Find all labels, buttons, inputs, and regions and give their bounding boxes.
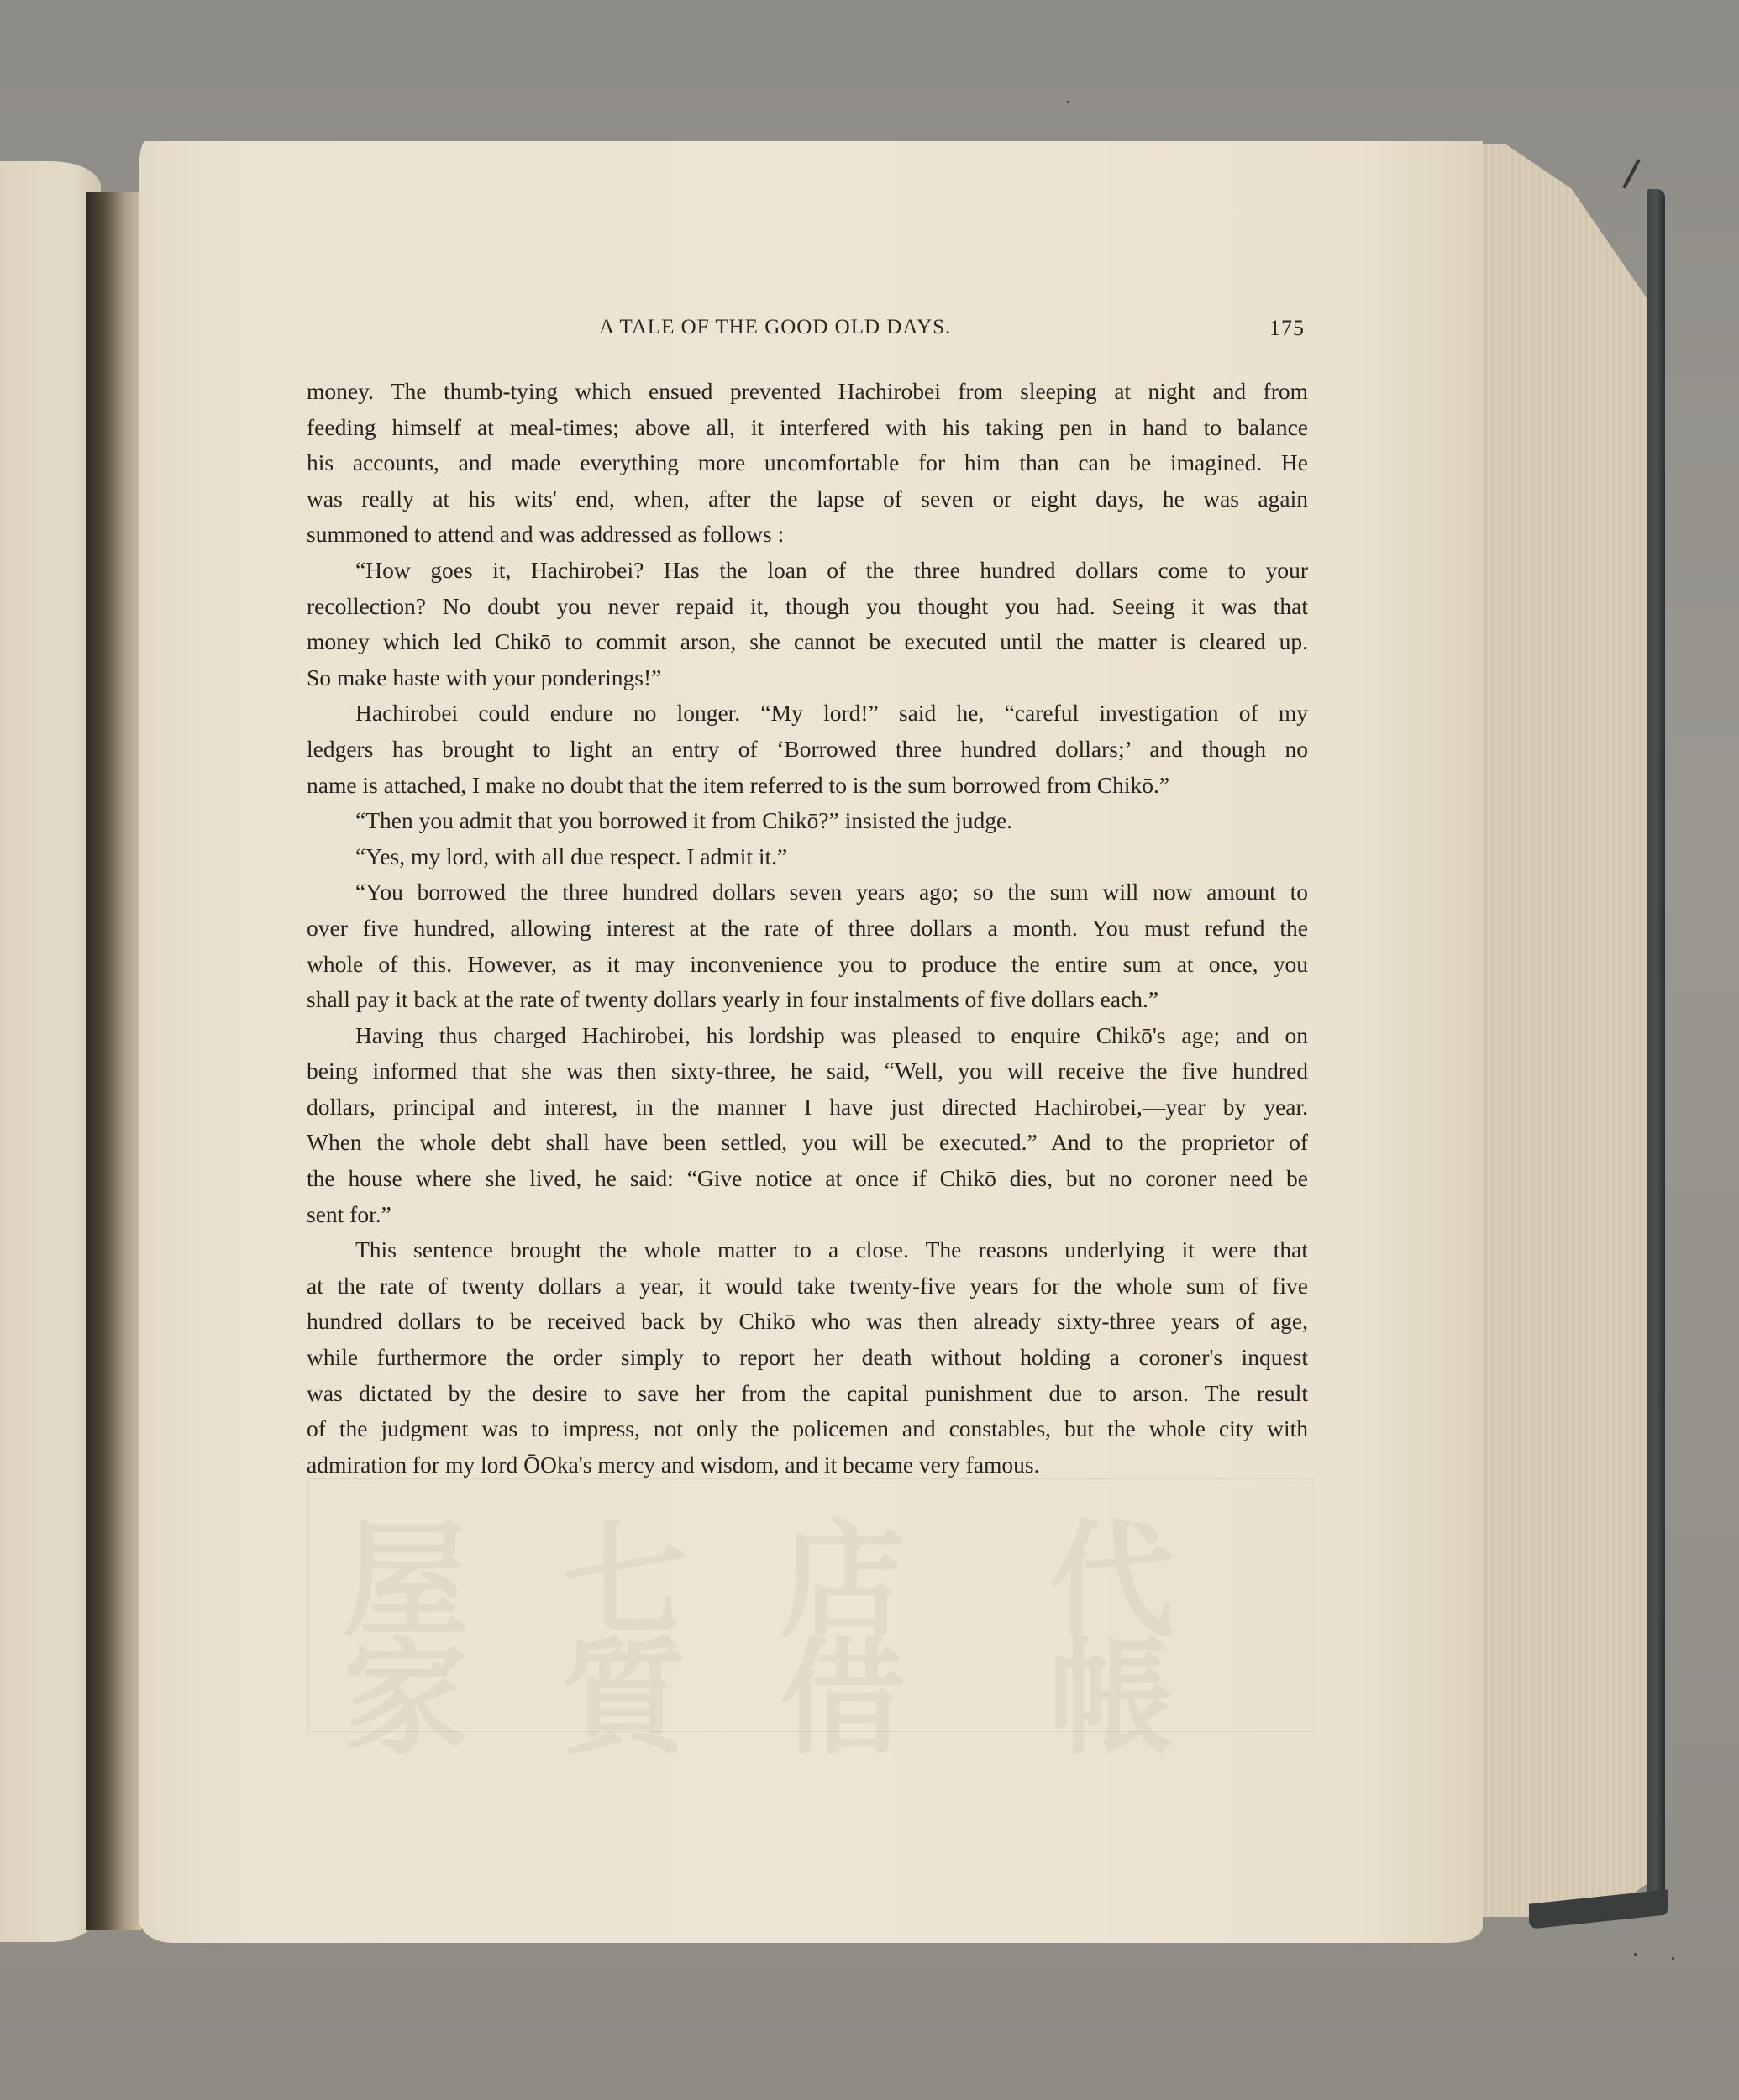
text-line: sent for.” bbox=[307, 1197, 1308, 1233]
text-line: money. The thumb-tying which ensued prev… bbox=[307, 374, 1308, 410]
text-line: Hachirobei could endure no longer. “My l… bbox=[307, 696, 1308, 732]
dust-speck bbox=[1672, 1957, 1674, 1960]
text-line: name is attached, I make no doubt that t… bbox=[307, 768, 1308, 804]
text-line: the house where she lived, he said: “Giv… bbox=[307, 1161, 1308, 1197]
scanned-book-scene: 屋 七 店 代 家 質 借 帳 A TALE OF THE GOOD OLD D… bbox=[0, 0, 1739, 2100]
ghost-character: 質 bbox=[561, 1597, 687, 1778]
text-line: whole of this. However, as it may inconv… bbox=[307, 947, 1308, 983]
text-line: “How goes it, Hachirobei? Has the loan o… bbox=[307, 553, 1308, 589]
text-line: “Yes, my lord, with all due respect. I a… bbox=[307, 839, 1308, 875]
text-line: recollection? No doubt you never repaid … bbox=[307, 589, 1308, 625]
text-line: over five hundred, allowing interest at … bbox=[307, 911, 1308, 947]
book-cover-edge bbox=[1647, 189, 1665, 1903]
text-line: was really at his wits' end, when, after… bbox=[307, 481, 1308, 517]
show-through-illustration: 屋 七 店 代 家 質 借 帳 bbox=[308, 1478, 1314, 1732]
text-line: “You borrowed the three hundred dollars … bbox=[307, 874, 1308, 911]
ghost-character: 帳 bbox=[1048, 1597, 1174, 1778]
text-line: ledgers has brought to light an entry of… bbox=[307, 732, 1308, 768]
text-line: being informed that she was then sixty-t… bbox=[307, 1053, 1308, 1089]
text-line: feeding himself at meal-times; above all… bbox=[307, 410, 1308, 446]
page-stack-fore-edge bbox=[1474, 144, 1651, 1917]
text-line: summoned to attend and was addressed as … bbox=[307, 517, 1308, 553]
text-line: “Then you admit that you borrowed it fro… bbox=[307, 803, 1308, 839]
text-line: money which led Chikō to commit arson, s… bbox=[307, 624, 1308, 660]
loose-thread bbox=[1622, 159, 1640, 188]
text-line: shall pay it back at the rate of twenty … bbox=[307, 982, 1308, 1018]
text-line: Having thus charged Hachirobei, his lord… bbox=[307, 1018, 1308, 1054]
text-line: at the rate of twenty dollars a year, it… bbox=[307, 1268, 1308, 1305]
text-line: This sentence brought the whole matter t… bbox=[307, 1232, 1308, 1268]
text-line: was dictated by the desire to save her f… bbox=[307, 1376, 1308, 1412]
running-head: A TALE OF THE GOOD OLD DAYS. 175 bbox=[307, 311, 1308, 344]
text-line: his accounts, and made everything more u… bbox=[307, 445, 1308, 481]
book-gutter bbox=[86, 192, 141, 1930]
running-title: A TALE OF THE GOOD OLD DAYS. bbox=[599, 316, 951, 339]
text-line: dollars, principal and interest, in the … bbox=[307, 1089, 1308, 1126]
text-line: When the whole debt shall have been sett… bbox=[307, 1125, 1308, 1161]
text-line: hundred dollars to be received back by C… bbox=[307, 1304, 1308, 1340]
text-line: admiration for my lord ŌOka's mercy and … bbox=[307, 1447, 1308, 1483]
page-number: 175 bbox=[1269, 316, 1305, 341]
text-line: So make haste with your ponderings!” bbox=[307, 660, 1308, 696]
ghost-character: 借 bbox=[780, 1597, 906, 1778]
dust-speck bbox=[1067, 101, 1069, 103]
dust-speck bbox=[1634, 1953, 1637, 1956]
body-text: money. The thumb-tying which ensued prev… bbox=[307, 374, 1308, 1483]
ghost-character: 家 bbox=[343, 1597, 469, 1778]
text-line: of the judgment was to impress, not only… bbox=[307, 1411, 1308, 1447]
text-line: while furthermore the order simply to re… bbox=[307, 1340, 1308, 1376]
